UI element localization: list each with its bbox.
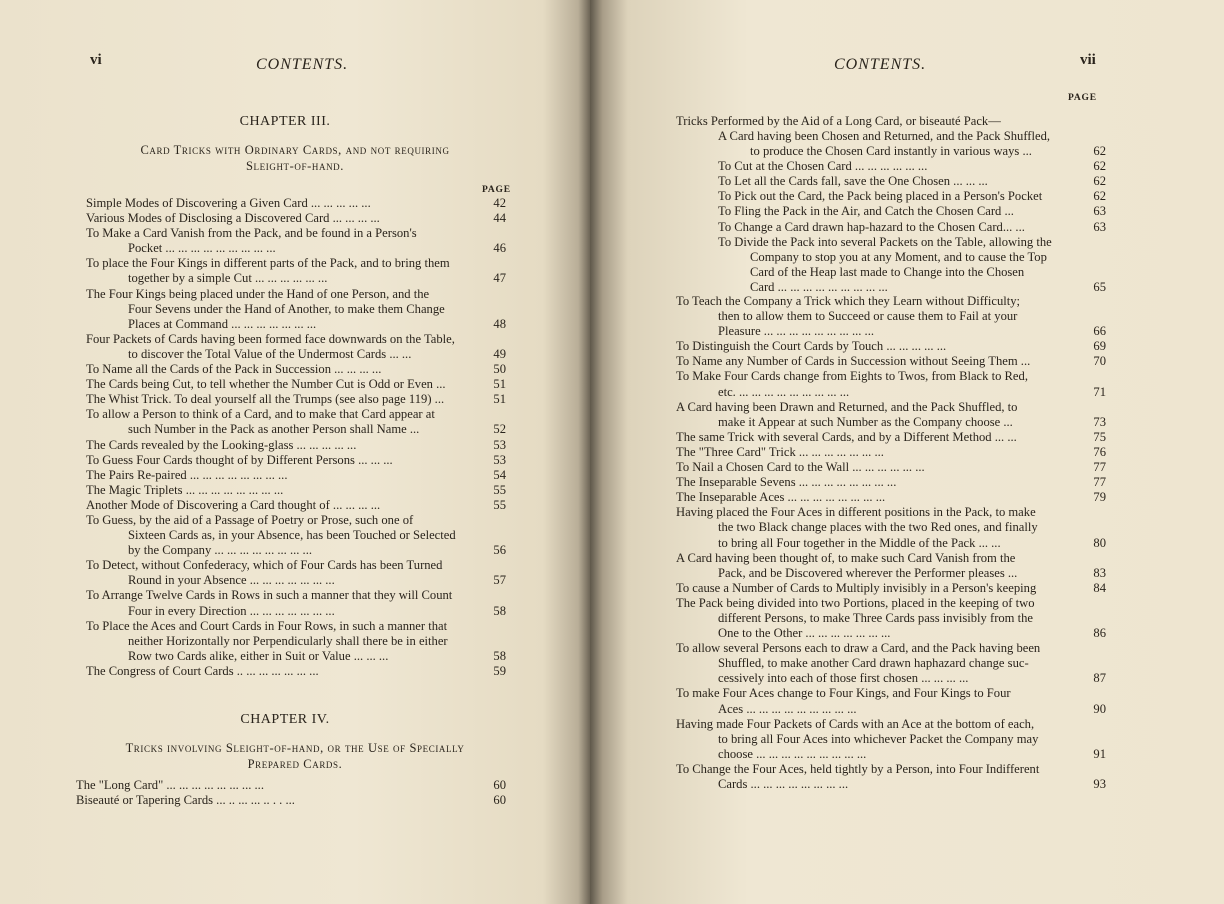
toc-entry: To Make Four Cards change from Eights to… bbox=[676, 369, 1106, 399]
toc-page-number: 48 bbox=[493, 317, 506, 332]
toc-entry: The "Long Card" ... ... ... ... ... ... … bbox=[76, 778, 506, 793]
toc-entry-line: Aces ... ... ... ... ... ... ... ... ... bbox=[676, 702, 1106, 717]
toc-entry: To allow several Persons each to draw a … bbox=[676, 641, 1106, 686]
toc-sublist: A Card having been Chosen and Returned, … bbox=[676, 129, 1106, 295]
toc-entry-line: To Make Four Cards change from Eights to… bbox=[676, 369, 1106, 384]
toc-entry-line: To Fling the Pack in the Air, and Catch … bbox=[676, 204, 1106, 219]
toc-page-number: 87 bbox=[1093, 671, 1106, 686]
toc-entry-line: make it Appear at such Number as the Com… bbox=[676, 415, 1106, 430]
toc-entry-line: to produce the Chosen Card instantly in … bbox=[676, 144, 1106, 159]
chapter-subtitle: Tricks involving Sleight-of-hand, or the… bbox=[80, 740, 510, 772]
toc-entry-line: to discover the Total Value of the Under… bbox=[86, 347, 506, 362]
toc-entry-line: such Number in the Pack as another Perso… bbox=[86, 422, 506, 437]
toc-page-number: 58 bbox=[493, 649, 506, 664]
toc-entry-line: etc. ... ... ... ... ... ... ... ... ... bbox=[676, 385, 1106, 400]
page-column-label: PAGE bbox=[1068, 93, 1097, 103]
right-page: CONTENTS. vii PAGE Tricks Performed by t… bbox=[590, 0, 1224, 904]
toc-page-number: 59 bbox=[493, 664, 506, 679]
toc-page-number: 84 bbox=[1093, 581, 1106, 596]
toc-entry-line: Round in your Absence ... ... ... ... ..… bbox=[86, 573, 506, 588]
toc-entry-line: The Inseparable Aces ... ... ... ... ...… bbox=[676, 490, 1106, 505]
toc-entry: To Teach the Company a Trick which they … bbox=[676, 294, 1106, 339]
toc-page-number: 42 bbox=[493, 196, 506, 211]
group-heading-line: Tricks Performed by the Aid of a Long Ca… bbox=[676, 114, 1086, 129]
toc-entry-line: Simple Modes of Discovering a Given Card… bbox=[86, 196, 506, 211]
toc-entry: The Pack being divided into two Portions… bbox=[676, 596, 1106, 641]
toc-page-number: 62 bbox=[1093, 189, 1106, 204]
toc-entry-line: Another Mode of Discovering a Card thoug… bbox=[86, 498, 506, 513]
toc-entry-line: The Congress of Court Cards .. ... ... .… bbox=[86, 664, 506, 679]
toc-entry: To Guess Four Cards thought of by Differ… bbox=[86, 453, 506, 468]
toc-page-number: 44 bbox=[493, 211, 506, 226]
toc-page-number: 55 bbox=[493, 498, 506, 513]
page-folio: vii bbox=[1080, 52, 1096, 69]
toc-page-number: 76 bbox=[1093, 445, 1106, 460]
toc-entry: Having made Four Packets of Cards with a… bbox=[676, 717, 1106, 762]
toc-page-number: 47 bbox=[493, 271, 506, 286]
toc-entry: The Whist Trick. To deal yourself all th… bbox=[86, 392, 506, 407]
toc-entry-line: then to allow them to Succeed or cause t… bbox=[676, 309, 1106, 324]
toc-entry: A Card having been Chosen and Returned, … bbox=[676, 129, 1106, 159]
toc-entry-line: To allow several Persons each to draw a … bbox=[676, 641, 1106, 656]
toc-entry-line: together by a simple Cut ... ... ... ...… bbox=[86, 271, 506, 286]
chapter-title: CHAPTER IV. bbox=[80, 712, 490, 728]
chapter-subtitle: Card Tricks with Ordinary Cards, and not… bbox=[80, 142, 510, 174]
toc-entry-line: A Card having been Drawn and Returned, a… bbox=[676, 400, 1106, 415]
toc-entry-line: Having made Four Packets of Cards with a… bbox=[676, 717, 1106, 732]
toc-entry: The Four Kings being placed under the Ha… bbox=[86, 287, 506, 332]
toc-page-number: 86 bbox=[1093, 626, 1106, 641]
toc-entry-line: To Nail a Chosen Card to the Wall ... ..… bbox=[676, 460, 1106, 475]
toc-group-heading-text: Tricks Performed by the Aid of a Long Ca… bbox=[676, 114, 1086, 129]
toc-entry-line: The Pairs Re-paired ... ... ... ... ... … bbox=[86, 468, 506, 483]
toc-page-number: 93 bbox=[1093, 777, 1106, 792]
toc-entry-line: Four Sevens under the Hand of Another, t… bbox=[86, 302, 506, 317]
toc-entry-line: To Distinguish the Court Cards by Touch … bbox=[676, 339, 1106, 354]
toc-list: To Teach the Company a Trick which they … bbox=[676, 294, 1106, 792]
toc-entry-line: To Change a Card drawn hap-hazard to the… bbox=[676, 220, 1106, 235]
toc-entry-line: To Let all the Cards fall, save the One … bbox=[676, 174, 1106, 189]
toc-entry: Another Mode of Discovering a Card thoug… bbox=[86, 498, 506, 513]
toc-entry: To Make a Card Vanish from the Pack, and… bbox=[86, 226, 506, 256]
toc-page-number: 57 bbox=[493, 573, 506, 588]
toc-page-number: 51 bbox=[493, 392, 506, 407]
toc-entry-line: To cause a Number of Cards to Multiply i… bbox=[676, 581, 1106, 596]
toc-entry-line: Pocket ... ... ... ... ... ... ... ... .… bbox=[86, 241, 506, 256]
toc-entry-line: Various Modes of Disclosing a Discovered… bbox=[86, 211, 506, 226]
toc-entry-line: The Inseparable Sevens ... ... ... ... .… bbox=[676, 475, 1106, 490]
toc-entry: To allow a Person to think of a Card, an… bbox=[86, 407, 506, 437]
toc-page-number: 63 bbox=[1093, 220, 1106, 235]
toc-page-number: 65 bbox=[1093, 280, 1106, 295]
toc-entry: Four Packets of Cards having been formed… bbox=[86, 332, 506, 362]
toc-entry: The Magic Triplets ... ... ... ... ... .… bbox=[86, 483, 506, 498]
toc-entry-line: To Cut at the Chosen Card ... ... ... ..… bbox=[676, 159, 1106, 174]
toc-entry-line: A Card having been Chosen and Returned, … bbox=[676, 129, 1106, 144]
toc-entry-line: To Divide the Pack into several Packets … bbox=[676, 235, 1106, 250]
toc-group-heading: Tricks Performed by the Aid of a Long Ca… bbox=[676, 114, 1086, 129]
toc-entry: A Card having been thought of, to make s… bbox=[676, 551, 1106, 581]
chapter-subtitle-line: Tricks involving Sleight-of-hand, or the… bbox=[80, 740, 510, 756]
toc-entry-line: The "Three Card" Trick ... ... ... ... .… bbox=[676, 445, 1106, 460]
toc-entry-line: Pleasure ... ... ... ... ... ... ... ...… bbox=[676, 324, 1106, 339]
toc-entry-line: Having placed the Four Aces in different… bbox=[676, 505, 1106, 520]
toc-entry: To Divide the Pack into several Packets … bbox=[676, 235, 1106, 295]
toc-entry-line: The Cards revealed by the Looking-glass … bbox=[86, 438, 506, 453]
toc-entry-line: To Arrange Twelve Cards in Rows in such … bbox=[86, 588, 506, 603]
left-page: vi CONTENTS. CHAPTER III. Card Tricks wi… bbox=[0, 0, 590, 904]
toc-list: Simple Modes of Discovering a Given Card… bbox=[86, 196, 506, 679]
toc-entry: The "Three Card" Trick ... ... ... ... .… bbox=[676, 445, 1106, 460]
toc-entry: To Distinguish the Court Cards by Touch … bbox=[676, 339, 1106, 354]
toc-page-number: 62 bbox=[1093, 144, 1106, 159]
toc-entry: To make Four Aces change to Four Kings, … bbox=[676, 686, 1106, 716]
toc-entry-line: One to the Other ... ... ... ... ... ...… bbox=[676, 626, 1106, 641]
toc-entry-line: Four Packets of Cards having been formed… bbox=[86, 332, 506, 347]
toc-entry-line: The Magic Triplets ... ... ... ... ... .… bbox=[86, 483, 506, 498]
book-spread: vi CONTENTS. CHAPTER III. Card Tricks wi… bbox=[0, 0, 1224, 904]
toc-entry-line: Company to stop you at any Moment, and t… bbox=[676, 250, 1106, 265]
toc-entry-line: To Name any Number of Cards in Successio… bbox=[676, 354, 1106, 369]
toc-entry-line: Card of the Heap last made to Change int… bbox=[676, 265, 1106, 280]
toc-entry-line: to bring all Four together in the Middle… bbox=[676, 536, 1106, 551]
toc-entry: To Nail a Chosen Card to the Wall ... ..… bbox=[676, 460, 1106, 475]
toc-entry-line: Places at Command ... ... ... ... ... ..… bbox=[86, 317, 506, 332]
toc-page-number: 73 bbox=[1093, 415, 1106, 430]
toc-page-number: 58 bbox=[493, 604, 506, 619]
running-head: CONTENTS. bbox=[834, 56, 926, 74]
toc-entry-line: cessively into each of those first chose… bbox=[676, 671, 1106, 686]
toc-entry-line: To Teach the Company a Trick which they … bbox=[676, 294, 1106, 309]
toc-entry: To Change a Card drawn hap-hazard to the… bbox=[676, 220, 1106, 235]
toc-page-number: 79 bbox=[1093, 490, 1106, 505]
toc-page-number: 51 bbox=[493, 377, 506, 392]
toc-entry-line: To Guess, by the aid of a Passage of Poe… bbox=[86, 513, 506, 528]
toc-entry-line: A Card having been thought of, to make s… bbox=[676, 551, 1106, 566]
toc-entry: The Inseparable Aces ... ... ... ... ...… bbox=[676, 490, 1106, 505]
toc-entry: Biseauté or Tapering Cards ... .. ... ..… bbox=[76, 793, 506, 808]
toc-page-number: 75 bbox=[1093, 430, 1106, 445]
toc-entry-line: To allow a Person to think of a Card, an… bbox=[86, 407, 506, 422]
toc-entry-line: choose ... ... ... ... ... ... ... ... .… bbox=[676, 747, 1106, 762]
toc-page-number: 77 bbox=[1093, 475, 1106, 490]
toc-entry-line: different Persons, to make Three Cards p… bbox=[676, 611, 1106, 626]
toc-entry: To Place the Aces and Court Cards in Fou… bbox=[86, 619, 506, 664]
toc-page-number: 60 bbox=[493, 793, 506, 808]
toc-entry: To place the Four Kings in different par… bbox=[86, 256, 506, 286]
toc-entry-line: to bring all Four Aces into whichever Pa… bbox=[676, 732, 1106, 747]
toc-entry: The Cards being Cut, to tell whether the… bbox=[86, 377, 506, 392]
toc-page-number: 54 bbox=[493, 468, 506, 483]
toc-page-number: 90 bbox=[1093, 702, 1106, 717]
toc-entry: To Name any Number of Cards in Successio… bbox=[676, 354, 1106, 369]
page-folio: vi bbox=[90, 52, 102, 69]
toc-entry: To Name all the Cards of the Pack in Suc… bbox=[86, 362, 506, 377]
toc-page-number: 52 bbox=[493, 422, 506, 437]
toc-entry-line: Row two Cards alike, either in Suit or V… bbox=[86, 649, 506, 664]
toc-entry-line: Pack, and be Discovered wherever the Per… bbox=[676, 566, 1106, 581]
toc-entry-line: To Place the Aces and Court Cards in Fou… bbox=[86, 619, 506, 634]
toc-page-number: 83 bbox=[1093, 566, 1106, 581]
toc-entry-line: The Cards being Cut, to tell whether the… bbox=[86, 377, 506, 392]
toc-entry: To Let all the Cards fall, save the One … bbox=[676, 174, 1106, 189]
toc-page-number: 50 bbox=[493, 362, 506, 377]
toc-entry-line: Shuffled, to make another Card drawn hap… bbox=[676, 656, 1106, 671]
toc-entry: The same Trick with several Cards, and b… bbox=[676, 430, 1106, 445]
toc-entry: To cause a Number of Cards to Multiply i… bbox=[676, 581, 1106, 596]
toc-page-number: 62 bbox=[1093, 159, 1106, 174]
toc-entry: The Congress of Court Cards .. ... ... .… bbox=[86, 664, 506, 679]
toc-entry-line: To place the Four Kings in different par… bbox=[86, 256, 506, 271]
toc-page-number: 62 bbox=[1093, 174, 1106, 189]
toc-page-number: 66 bbox=[1093, 324, 1106, 339]
toc-page-number: 53 bbox=[493, 438, 506, 453]
toc-entry: Having placed the Four Aces in different… bbox=[676, 505, 1106, 550]
toc-page-number: 69 bbox=[1093, 339, 1106, 354]
toc-page-number: 91 bbox=[1093, 747, 1106, 762]
toc-page-number: 80 bbox=[1093, 536, 1106, 551]
toc-entry: To Arrange Twelve Cards in Rows in such … bbox=[86, 588, 506, 618]
toc-page-number: 71 bbox=[1093, 385, 1106, 400]
toc-page-number: 46 bbox=[493, 241, 506, 256]
toc-page-number: 60 bbox=[493, 778, 506, 793]
toc-entry-line: To Guess Four Cards thought of by Differ… bbox=[86, 453, 506, 468]
toc-entry-line: To make Four Aces change to Four Kings, … bbox=[676, 686, 1106, 701]
toc-entry: To Cut at the Chosen Card ... ... ... ..… bbox=[676, 159, 1106, 174]
toc-page-number: 77 bbox=[1093, 460, 1106, 475]
toc-entry: To Fling the Pack in the Air, and Catch … bbox=[676, 204, 1106, 219]
toc-entry-line: The "Long Card" ... ... ... ... ... ... … bbox=[76, 778, 506, 793]
toc-entry-line: To Pick out the Card, the Pack being pla… bbox=[676, 189, 1106, 204]
toc-entry-line: To Name all the Cards of the Pack in Suc… bbox=[86, 362, 506, 377]
toc-entry-line: Card ... ... ... ... ... ... ... ... ... bbox=[676, 280, 1106, 295]
page-column-label: PAGE bbox=[482, 185, 511, 195]
toc-entry: Simple Modes of Discovering a Given Card… bbox=[86, 196, 506, 211]
toc-entry-line: Four in every Direction ... ... ... ... … bbox=[86, 604, 506, 619]
toc-entry: To Change the Four Aces, held tightly by… bbox=[676, 762, 1106, 792]
running-head: CONTENTS. bbox=[256, 56, 348, 74]
chapter-subtitle-line: Prepared Cards. bbox=[80, 756, 510, 772]
toc-entry: To Guess, by the aid of a Passage of Poe… bbox=[86, 513, 506, 558]
toc-entry-line: the two Black change places with the two… bbox=[676, 520, 1106, 535]
toc-page-number: 53 bbox=[493, 453, 506, 468]
toc-entry-line: by the Company ... ... ... ... ... ... .… bbox=[86, 543, 506, 558]
toc-page-number: 70 bbox=[1093, 354, 1106, 369]
toc-entry-line: To Make a Card Vanish from the Pack, and… bbox=[86, 226, 506, 241]
toc-entry-line: To Change the Four Aces, held tightly by… bbox=[676, 762, 1106, 777]
toc-entry-line: To Detect, without Confederacy, which of… bbox=[86, 558, 506, 573]
chapter-subtitle-line: Sleight-of-hand. bbox=[80, 158, 510, 174]
toc-entry-line: The Whist Trick. To deal yourself all th… bbox=[86, 392, 506, 407]
toc-entry-line: Biseauté or Tapering Cards ... .. ... ..… bbox=[76, 793, 506, 808]
toc-entry: The Inseparable Sevens ... ... ... ... .… bbox=[676, 475, 1106, 490]
toc-entry-line: The same Trick with several Cards, and b… bbox=[676, 430, 1106, 445]
toc-entry: Various Modes of Disclosing a Discovered… bbox=[86, 211, 506, 226]
toc-list: The "Long Card" ... ... ... ... ... ... … bbox=[76, 778, 506, 808]
toc-entry: A Card having been Drawn and Returned, a… bbox=[676, 400, 1106, 430]
toc-entry: The Cards revealed by the Looking-glass … bbox=[86, 438, 506, 453]
toc-entry: To Detect, without Confederacy, which of… bbox=[86, 558, 506, 588]
toc-page-number: 63 bbox=[1093, 204, 1106, 219]
chapter-title: CHAPTER III. bbox=[80, 114, 490, 130]
chapter-subtitle-line: Card Tricks with Ordinary Cards, and not… bbox=[80, 142, 510, 158]
toc-entry: To Pick out the Card, the Pack being pla… bbox=[676, 189, 1106, 204]
toc-entry: The Pairs Re-paired ... ... ... ... ... … bbox=[86, 468, 506, 483]
toc-page-number: 49 bbox=[493, 347, 506, 362]
toc-page-number: 55 bbox=[493, 483, 506, 498]
toc-page-number: 56 bbox=[493, 543, 506, 558]
toc-entry-line: The Pack being divided into two Portions… bbox=[676, 596, 1106, 611]
toc-entry-line: neither Horizontally nor Perpendicularly… bbox=[86, 634, 506, 649]
toc-entry-line: Sixteen Cards as, in your Absence, has b… bbox=[86, 528, 506, 543]
toc-entry-line: The Four Kings being placed under the Ha… bbox=[86, 287, 506, 302]
toc-entry-line: Cards ... ... ... ... ... ... ... ... bbox=[676, 777, 1106, 792]
